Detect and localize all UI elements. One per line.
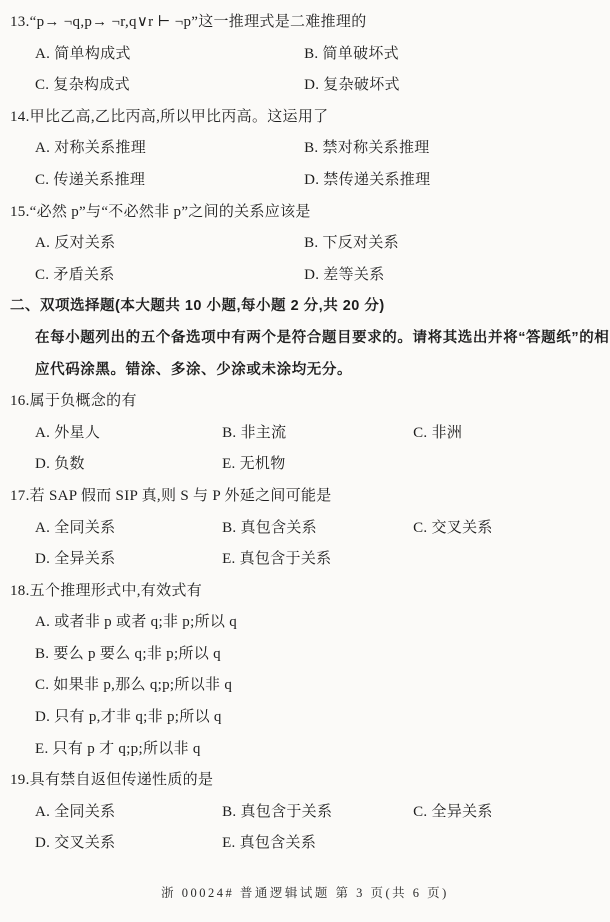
question-19-option-e: E. 真包含关系 [222, 828, 409, 860]
question-19-stem: 19.具有禁自返但传递性质的是 [0, 765, 610, 797]
question-16-option-e: E. 无机物 [222, 449, 409, 481]
question-18-option-e: E. 只有 p 才 q;p;所以非 q [0, 734, 610, 766]
question-13-option-b: B. 简单破坏式 [304, 39, 399, 71]
question-17-options-row-2: D. 全异关系 E. 真包含于关系 [0, 544, 610, 576]
question-15-options-row-1: A. 反对关系 B. 下反对关系 [0, 228, 610, 260]
question-13-option-c: C. 复杂构成式 [35, 70, 300, 102]
question-16-option-d: D. 负数 [35, 449, 218, 481]
question-17-option-d: D. 全异关系 [35, 544, 218, 576]
question-15-option-d: D. 差等关系 [304, 260, 384, 292]
question-18-option-b: B. 要么 p 要么 q;非 p;所以 q [0, 639, 610, 671]
question-18-option-a: A. 或者非 p 或者 q;非 p;所以 q [0, 607, 610, 639]
question-17-option-b: B. 真包含关系 [222, 513, 409, 545]
question-19-options-row-2: D. 交叉关系 E. 真包含关系 [0, 828, 610, 860]
question-13-options-row-2: C. 复杂构成式 D. 复杂破坏式 [0, 70, 610, 102]
question-17-option-c: C. 交叉关系 [413, 513, 493, 545]
question-16-option-a: A. 外星人 [35, 418, 218, 450]
question-13-option-d: D. 复杂破坏式 [304, 70, 400, 102]
question-16-option-c: C. 非洲 [413, 418, 462, 450]
question-18-option-c: C. 如果非 p,那么 q;p;所以非 q [0, 670, 610, 702]
question-15-option-b: B. 下反对关系 [304, 228, 399, 260]
question-18-option-d: D. 只有 p,才非 q;非 p;所以 q [0, 702, 610, 734]
question-16-options-row-2: D. 负数 E. 无机物 [0, 449, 610, 481]
question-16-options-row-1: A. 外星人 B. 非主流 C. 非洲 [0, 418, 610, 450]
question-14-option-b: B. 禁对称关系推理 [304, 133, 430, 165]
question-15-stem: 15.“必然 p”与“不必然非 p”之间的关系应该是 [0, 197, 610, 229]
question-17-option-e: E. 真包含于关系 [222, 544, 409, 576]
question-14-options-row-1: A. 对称关系推理 B. 禁对称关系推理 [0, 133, 610, 165]
question-18-stem: 18.五个推理形式中,有效式有 [0, 576, 610, 608]
question-15-option-a: A. 反对关系 [35, 228, 300, 260]
question-19-option-a: A. 全同关系 [35, 797, 218, 829]
question-13-options-row-1: A. 简单构成式 B. 简单破坏式 [0, 39, 610, 71]
question-19-option-c: C. 全异关系 [413, 797, 493, 829]
section-2-instructions-line-2: 应代码涂黑。错涂、多涂、少涂或未涂均无分。 [0, 355, 610, 387]
question-17-stem: 17.若 SAP 假而 SIP 真,则 S 与 P 外延之间可能是 [0, 481, 610, 513]
question-14-option-c: C. 传递关系推理 [35, 165, 300, 197]
question-19-option-b: B. 真包含于关系 [222, 797, 409, 829]
section-2-instructions-line-1: 在每小题列出的五个备选项中有两个是符合题目要求的。请将其选出并将“答题纸”的相 [0, 323, 610, 355]
page-footer: 浙 00024# 普通逻辑试题 第 3 页(共 6 页) [0, 883, 610, 901]
question-17-options-row-1: A. 全同关系 B. 真包含关系 C. 交叉关系 [0, 513, 610, 545]
question-13-option-a: A. 简单构成式 [35, 39, 300, 71]
question-14-stem: 14.甲比乙高,乙比丙高,所以甲比丙高。这运用了 [0, 102, 610, 134]
question-15-option-c: C. 矛盾关系 [35, 260, 300, 292]
question-15-options-row-2: C. 矛盾关系 D. 差等关系 [0, 260, 610, 292]
question-19-options-row-1: A. 全同关系 B. 真包含于关系 C. 全异关系 [0, 797, 610, 829]
question-19-option-d: D. 交叉关系 [35, 828, 218, 860]
question-13-stem: 13.“p→ ¬q,p→ ¬r,q∨r ⊢ ¬p”这一推理式是二难推理的 [0, 7, 610, 39]
question-17-option-a: A. 全同关系 [35, 513, 218, 545]
exam-page: 13.“p→ ¬q,p→ ¬r,q∨r ⊢ ¬p”这一推理式是二难推理的 A. … [0, 0, 610, 922]
question-14-option-a: A. 对称关系推理 [35, 133, 300, 165]
question-14-options-row-2: C. 传递关系推理 D. 禁传递关系推理 [0, 165, 610, 197]
question-16-option-b: B. 非主流 [222, 418, 409, 450]
section-2-heading: 二、双项选择题(本大题共 10 小题,每小题 2 分,共 20 分) [0, 291, 610, 323]
question-16-stem: 16.属于负概念的有 [0, 386, 610, 418]
question-14-option-d: D. 禁传递关系推理 [304, 165, 430, 197]
